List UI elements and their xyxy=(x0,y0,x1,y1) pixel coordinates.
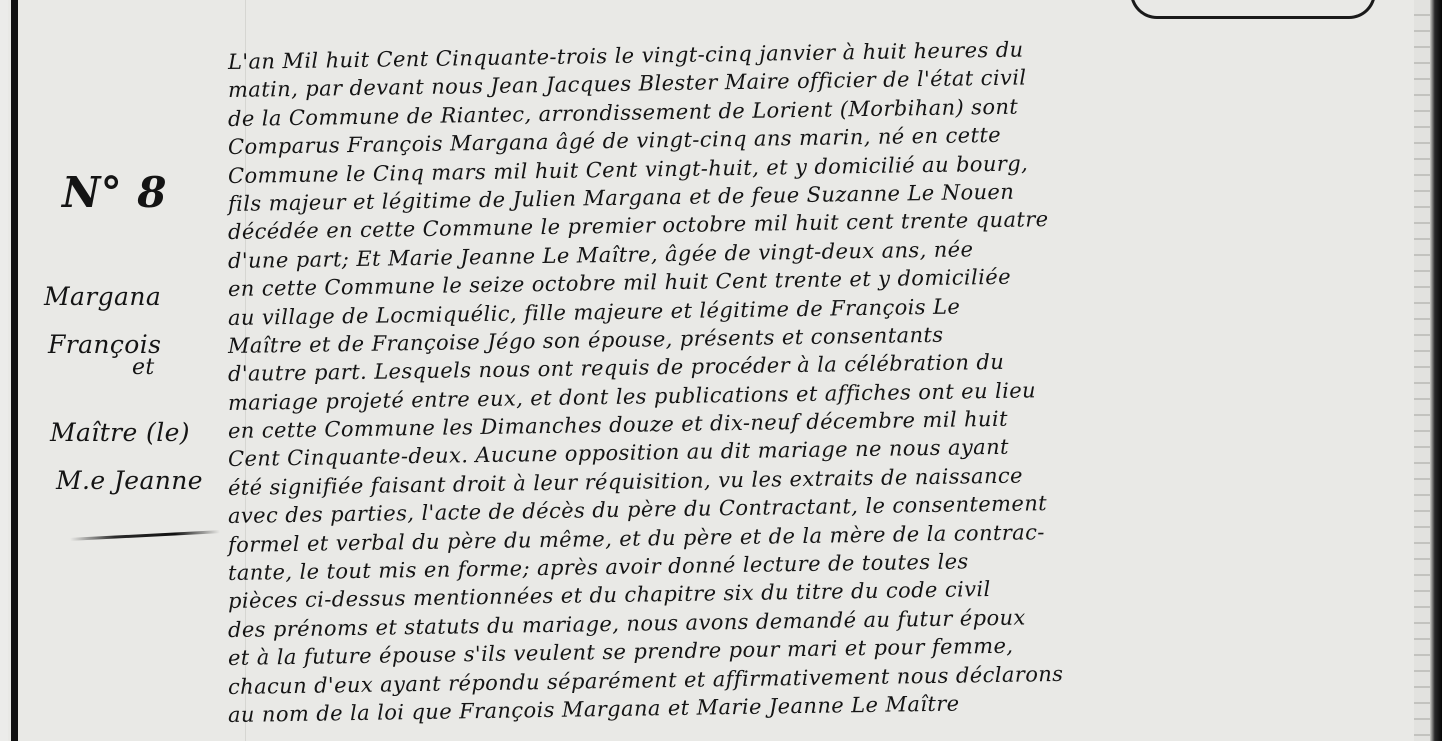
marriage-act-body: L'an Mil huit Cent Cinquante-trois le vi… xyxy=(228,48,1418,729)
register-page: N° 8 Margana François et Maître (le) M.e… xyxy=(0,0,1442,741)
ink-flourish xyxy=(1130,0,1376,19)
margin-bride-firstname: M.e Jeanne xyxy=(56,466,203,495)
margin-annotation: N° 8 Margana François et Maître (le) M.e… xyxy=(0,0,245,741)
page-right-edge xyxy=(1430,0,1442,741)
act-number: N° 8 xyxy=(62,168,167,217)
margin-bride-surname: Maître (le) xyxy=(50,418,190,447)
margin-closing-dash xyxy=(70,530,220,541)
margin-conjunction: et xyxy=(132,355,155,380)
margin-groom-surname: Margana xyxy=(44,282,161,311)
